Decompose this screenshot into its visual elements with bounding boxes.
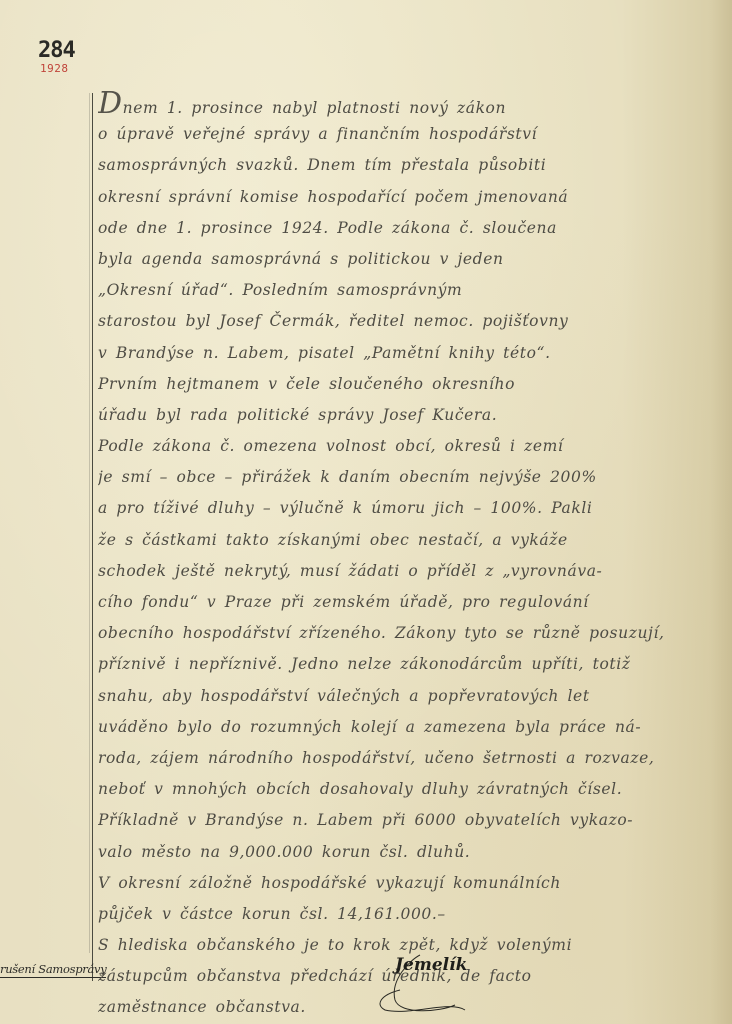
text-line: schodek ještě nekrytý, musí žádati o pří…	[98, 556, 713, 587]
document-page: 284 1928 rušení Samosprávy Dnem 1. prosi…	[0, 0, 732, 1024]
text-line: obecního hospodářství zřízeného. Zákony …	[98, 618, 713, 649]
text-line: o úpravě veřejné správy a finančním hosp…	[98, 119, 713, 150]
text-line: příznivě i nepříznivě. Jedno nelze zákon…	[98, 649, 713, 680]
text-line: V okresní záložně hospodářské vykazují k…	[98, 868, 713, 899]
text-line: byla agenda samosprávná s politickou v j…	[98, 244, 713, 275]
text-line: snahu, aby hospodářství válečných a popř…	[98, 681, 713, 712]
text-line: starostou byl Josef Čermák, ředitel nemo…	[98, 306, 713, 337]
page-number: 284	[38, 38, 75, 63]
text-line: Podle zákona č. omezena volnost obcí, ok…	[98, 431, 713, 462]
text-line: že s částkami takto získanými obec nesta…	[98, 525, 713, 556]
text-line: úřadu byl rada politické správy Josef Ku…	[98, 400, 713, 431]
text-line: a pro tíživé dluhy – výlučně k úmoru jic…	[98, 493, 713, 524]
text-line: Dnem 1. prosince nabyl platnosti nový zá…	[98, 88, 713, 119]
text-line: samosprávných svazků. Dnem tím přestala …	[98, 150, 713, 181]
text-line: cího fondu“ v Praze při zemském úřadě, p…	[98, 587, 713, 618]
text-line: v Brandýse n. Labem, pisatel „Pamětní kn…	[98, 338, 713, 369]
margin-rule-faint	[89, 93, 90, 953]
text-line: neboť v mnohých obcích dosahovaly dluhy …	[98, 774, 713, 805]
text-line: půjček v částce korun čsl. 14,161.000.–	[98, 899, 713, 930]
text-line: je smí – obce – přirážek k daním obecním…	[98, 462, 713, 493]
text-line: uváděno bylo do rozumných kolejí a zamez…	[98, 712, 713, 743]
text-line: „Okresní úřad“. Posledním samosprávným	[98, 275, 713, 306]
margin-note: rušení Samosprávy	[0, 962, 106, 978]
text-line: roda, zájem národního hospodářství, učen…	[98, 743, 713, 774]
text-line: Prvním hejtmanem v čele sloučeného okres…	[98, 369, 713, 400]
text-line: Příkladně v Brandýse n. Labem při 6000 o…	[98, 805, 713, 836]
margin-rule	[92, 93, 93, 981]
page-year: 1928	[40, 62, 69, 75]
signature: Jemelík	[395, 955, 467, 975]
handwritten-text-body: Dnem 1. prosince nabyl platnosti nový zá…	[98, 88, 713, 1024]
text-line: okresní správní komise hospodařící počem…	[98, 182, 713, 213]
text-line: valo město na 9,000.000 korun čsl. dluhů…	[98, 837, 713, 868]
text-line: ode dne 1. prosince 1924. Podle zákona č…	[98, 213, 713, 244]
